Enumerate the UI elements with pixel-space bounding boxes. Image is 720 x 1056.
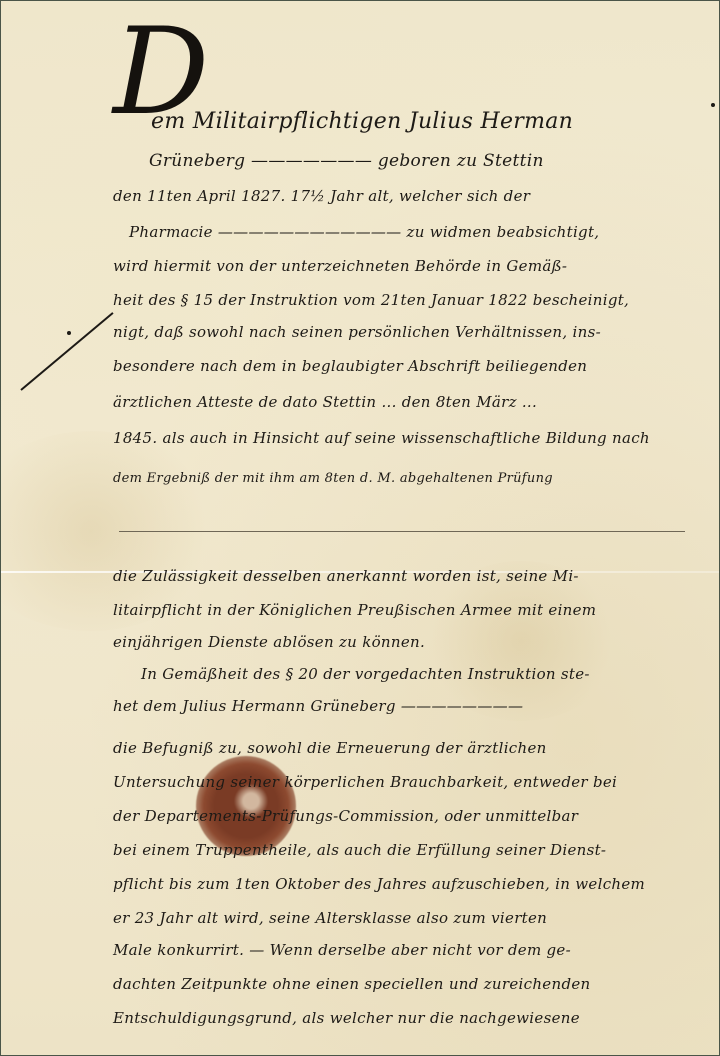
divider-rule (119, 531, 685, 532)
text-line-7: nigt, daß sowohl nach seinen persönliche… (113, 323, 601, 341)
text-line-8: besondere nach dem in beglaubigter Absch… (113, 357, 587, 375)
text-line-10: 1845. als auch in Hinsicht auf seine wis… (113, 429, 650, 447)
text-line-9: ärztlichen Atteste de dato Stettin ... d… (113, 393, 537, 411)
margin-stroke (20, 312, 113, 391)
text-line-18: Untersuchung seiner körperlichen Brauchb… (113, 773, 617, 791)
text-line-24: dachten Zeitpunkte ohne einen speciellen… (113, 975, 590, 993)
text-line-2: Grüneberg ——————— geboren zu Stettin (149, 151, 544, 171)
ink-dot (67, 331, 71, 335)
text-line-16: het dem Julius Hermann Grüneberg ———————… (113, 697, 523, 715)
text-line-13: litairpflicht in der Königlichen Preußis… (113, 601, 596, 619)
text-line-15: In Gemäßheit des § 20 der vorgedachten I… (141, 665, 590, 683)
text-line-11: dem Ergebniß der mit ihm am 8ten d. M. a… (113, 471, 553, 486)
text-line-6: heit des § 15 der Instruktion vom 21ten … (113, 291, 629, 309)
text-line-17: die Befugniß zu, sowohl die Erneuerung d… (113, 739, 547, 757)
text-line-19: der Departements-Prüfungs-Commission, od… (113, 807, 578, 825)
text-line-4: Pharmacie ———————————— zu widmen beabsic… (129, 223, 599, 241)
text-line-23: Male konkurrirt. — Wenn derselbe aber ni… (113, 941, 571, 959)
text-line-21: pflicht bis zum 1ten Oktober des Jahres … (113, 875, 645, 893)
text-line-25: Entschuldigungsgrund, als welcher nur di… (113, 1009, 580, 1027)
document-page: D em Militairpflichtigen Julius Herman G… (0, 0, 720, 1056)
text-line-5: wird hiermit von der unterzeichneten Beh… (113, 257, 567, 275)
text-line-20: bei einem Truppentheile, als auch die Er… (113, 841, 606, 859)
text-line-12: die Zulässigkeit desselben anerkannt wor… (113, 567, 579, 585)
text-line-22: er 23 Jahr alt wird, seine Altersklasse … (113, 909, 547, 927)
text-line-3: den 11ten April 1827. 17½ Jahr alt, welc… (113, 187, 530, 205)
ink-dot (711, 103, 715, 107)
text-line-14: einjährigen Dienste ablösen zu können. (113, 633, 425, 651)
text-line-1: em Militairpflichtigen Julius Herman (151, 109, 573, 134)
